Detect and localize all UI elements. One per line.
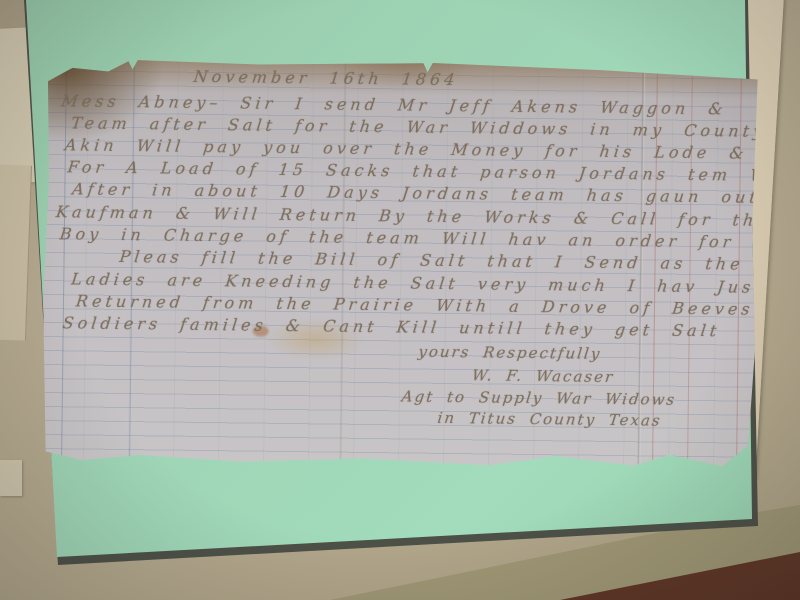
signature: W. F. Wacaser xyxy=(471,365,615,387)
signature-title: Agt to Supply War Widows xyxy=(401,386,678,409)
background-paper-edge xyxy=(0,460,22,496)
letter-date: November 16th 1864 xyxy=(193,67,460,90)
signature-title: in Titus County Texas xyxy=(436,408,662,431)
photo-of-letter: November 16th 1864 Mess Abney– Sir I sen… xyxy=(0,0,800,600)
handwritten-letter: November 16th 1864 Mess Abney– Sir I sen… xyxy=(39,57,760,470)
letter-closing: yours Respectfully xyxy=(417,342,602,364)
background-paper-edge xyxy=(0,164,32,340)
